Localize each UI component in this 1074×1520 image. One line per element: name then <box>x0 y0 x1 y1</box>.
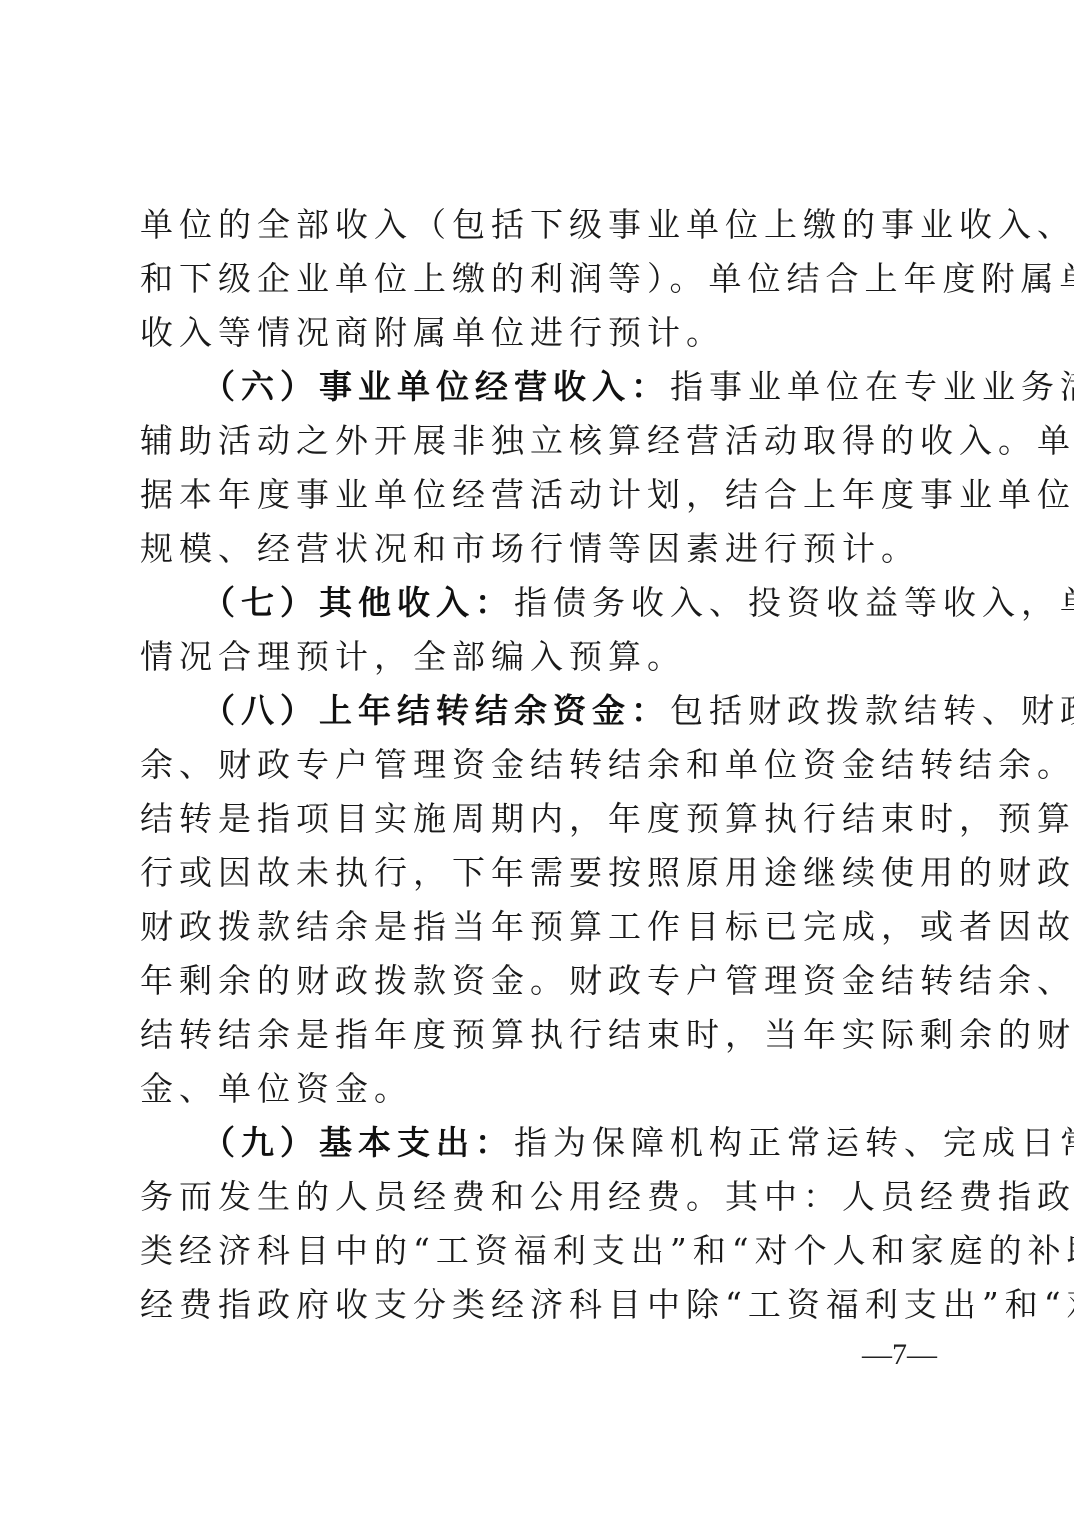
line-text: 情况合理预计，全部编入预算。 <box>140 637 686 676</box>
line-text: 单位的全部收入（包括下级事业单位上缴的事业收入、其他收入 <box>140 205 1074 244</box>
section-6-heading: （六）事业单位经营收入： <box>202 367 670 406</box>
text-line-6: 据本年度事业单位经营活动计划，结合上年度事业单位经营收入 <box>140 475 940 529</box>
line-text: 据本年度事业单位经营活动计划，结合上年度事业单位经营收入 <box>140 475 1074 514</box>
text-line-5: 辅助活动之外开展非独立核算经营活动取得的收入。单位应当根 <box>140 421 940 475</box>
line-text: 指为保障机构正常运转、完成日常工作任 <box>514 1123 1074 1162</box>
line-text: 务而发生的人员经费和公用经费。其中：人员经费指政府收支分 <box>140 1177 1074 1216</box>
section-7-heading: （七）其他收入： <box>202 583 514 622</box>
document-page: 单位的全部收入（包括下级事业单位上缴的事业收入、其他收入 和下级企业单位上缴的利… <box>0 0 1074 1520</box>
text-line-12: 结转是指项目实施周期内，年度预算执行结束时，预算未全部执 <box>140 799 940 853</box>
line-text: 指债务收入、投资收益等收入，单位根据 <box>514 583 1074 622</box>
text-line-1: 单位的全部收入（包括下级事业单位上缴的事业收入、其他收入 <box>140 205 940 259</box>
text-line-16: 结转结余是指年度预算执行结束时，当年实际剩余的财政专户资 <box>140 1015 940 1069</box>
text-line-17: 金、单位资金。 <box>140 1069 940 1123</box>
line-text: 财政拨款结余是指当年预算工作目标已完成，或者因故终止，当 <box>140 907 1074 946</box>
section-8-heading: （八）上年结转结余资金： <box>202 691 670 730</box>
line-text: 类经济科目中的“工资福利支出”和“对个人和家庭的补助”；公用 <box>140 1231 1074 1270</box>
text-line-11: 余、财政专户管理资金结转结余和单位资金结转结余。财政拨款 <box>140 745 940 799</box>
text-line-13: 行或因故未执行，下年需要按照原用途继续使用的财政拨款资金。 <box>140 853 955 907</box>
section-9-heading-line: （九）基本支出：指为保障机构正常运转、完成日常工作任 <box>140 1123 940 1177</box>
line-text: 包括财政拨款结转、财政拨款结 <box>670 691 1074 730</box>
line-text: 结转是指项目实施周期内，年度预算执行结束时，预算未全部执 <box>140 799 1074 838</box>
line-text: 经费指政府收支分类经济科目中除“工资福利支出”和“对个人和 <box>140 1285 1074 1324</box>
page-number: —7— <box>862 1338 937 1372</box>
section-7-heading-line: （七）其他收入：指债务收入、投资收益等收入，单位根据 <box>140 583 940 637</box>
section-9-heading: （九）基本支出： <box>202 1123 514 1162</box>
line-text: 行或因故未执行，下年需要按照原用途继续使用的财政拨款资金。 <box>140 853 1074 892</box>
text-line-14: 财政拨款结余是指当年预算工作目标已完成，或者因故终止，当 <box>140 907 940 961</box>
section-6-heading-line: （六）事业单位经营收入：指事业单位在专业业务活动及其 <box>140 367 940 421</box>
text-line-15: 年剩余的财政拨款资金。财政专户管理资金结转结余、单位资金 <box>140 961 940 1015</box>
text-line-9: 情况合理预计，全部编入预算。 <box>140 637 940 691</box>
line-text: 年剩余的财政拨款资金。财政专户管理资金结转结余、单位资金 <box>140 961 1074 1000</box>
line-text: 指事业单位在专业业务活动及其 <box>670 367 1074 406</box>
line-text: 收入等情况商附属单位进行预计。 <box>140 313 725 352</box>
line-text: 金、单位资金。 <box>140 1069 413 1108</box>
text-line-7: 规模、经营状况和市场行情等因素进行预计。 <box>140 529 940 583</box>
line-text: 和下级企业单位上缴的利润等）。单位结合上年度附属单位上缴 <box>140 259 1074 298</box>
line-text: 余、财政专户管理资金结转结余和单位资金结转结余。财政拨款 <box>140 745 1074 784</box>
text-line-19: 务而发生的人员经费和公用经费。其中：人员经费指政府收支分 <box>140 1177 940 1231</box>
line-text: 结转结余是指年度预算执行结束时，当年实际剩余的财政专户资 <box>140 1015 1074 1054</box>
section-8-heading-line: （八）上年结转结余资金：包括财政拨款结转、财政拨款结 <box>140 691 940 745</box>
line-text: 辅助活动之外开展非独立核算经营活动取得的收入。单位应当根 <box>140 421 1074 460</box>
text-line-21: 经费指政府收支分类经济科目中除“工资福利支出”和“对个人和 <box>140 1285 940 1339</box>
text-line-3: 收入等情况商附属单位进行预计。 <box>140 313 940 367</box>
text-line-2: 和下级企业单位上缴的利润等）。单位结合上年度附属单位上缴 <box>140 259 940 313</box>
text-line-20: 类经济科目中的“工资福利支出”和“对个人和家庭的补助”；公用 <box>140 1231 940 1285</box>
line-text: 规模、经营状况和市场行情等因素进行预计。 <box>140 529 920 568</box>
